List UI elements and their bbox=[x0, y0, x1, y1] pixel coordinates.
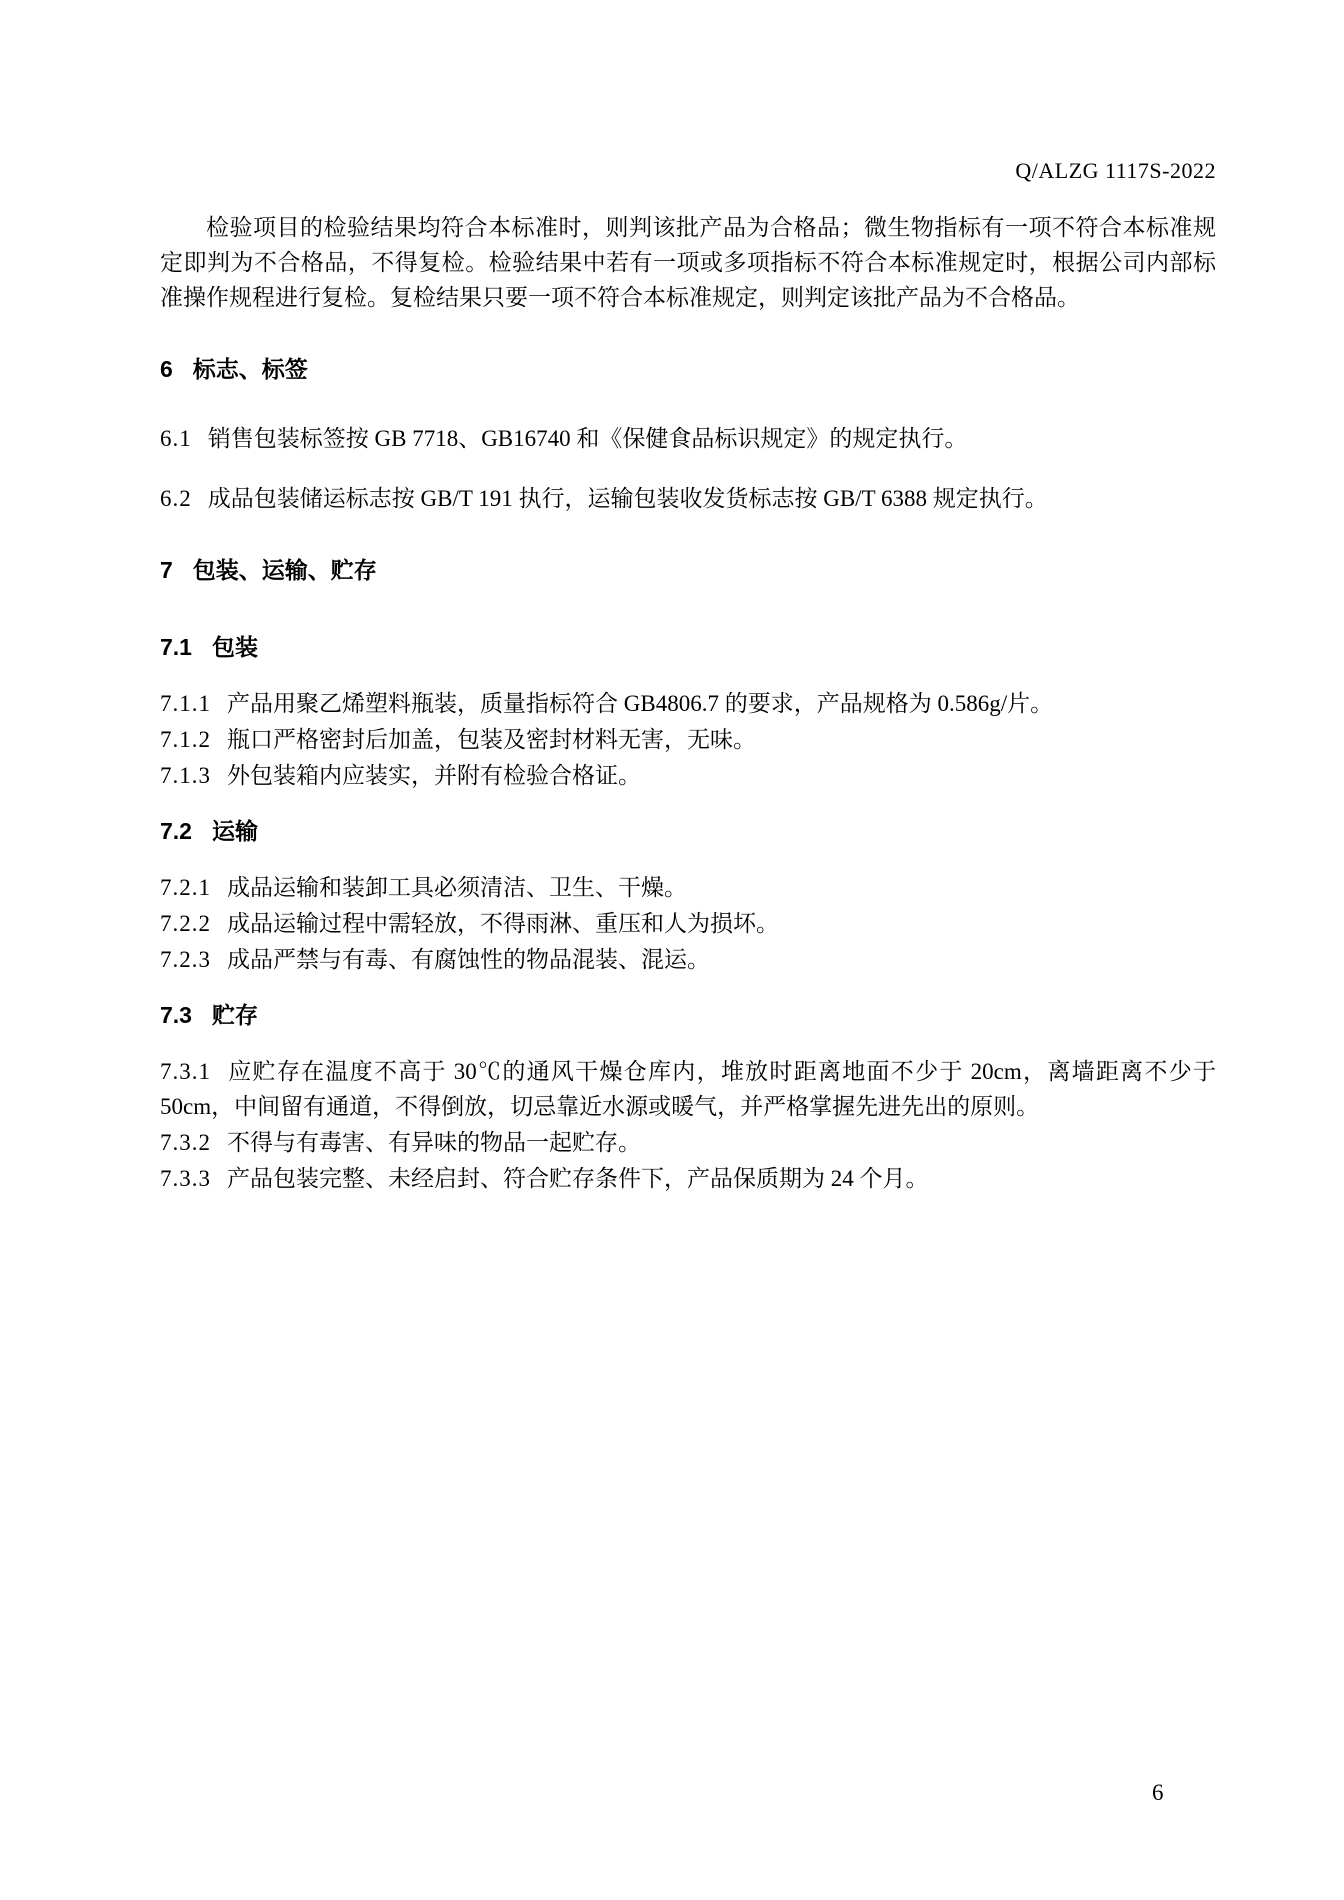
heading-6: 6标志、标签 bbox=[160, 353, 1216, 385]
clause-text: 销售包装标签按 GB 7718、GB16740 和《保健食品标识规定》的规定执行… bbox=[208, 426, 968, 451]
clause-7-1-1: 7.1.1产品用聚乙烯塑料瓶装，质量指标符合 GB4806.7 的要求，产品规格… bbox=[160, 686, 1216, 721]
heading-title: 标志、标签 bbox=[193, 356, 308, 382]
clause-number: 7.3.1 bbox=[160, 1059, 211, 1084]
clause-number: 6.2 bbox=[160, 486, 192, 511]
clause-number: 7.2.3 bbox=[160, 947, 211, 972]
clause-number: 7.1.2 bbox=[160, 727, 211, 752]
heading-number: 7.3 bbox=[160, 1002, 192, 1028]
clause-7-3-2: 7.3.2不得与有毒害、有异味的物品一起贮存。 bbox=[160, 1125, 1216, 1160]
clause-number: 7.2.2 bbox=[160, 911, 211, 936]
heading-number: 7.2 bbox=[160, 818, 192, 844]
clause-number: 7.1.1 bbox=[160, 691, 211, 716]
clause-number: 7.2.1 bbox=[160, 875, 211, 900]
heading-title: 包装、运输、贮存 bbox=[193, 557, 377, 583]
heading-number: 7 bbox=[160, 557, 173, 583]
clause-number: 6.1 bbox=[160, 426, 192, 451]
clause-text: 成品严禁与有毒、有腐蚀性的物品混装、混运。 bbox=[227, 947, 710, 972]
clause-text: 成品包装储运标志按 GB/T 191 执行，运输包装收发货标志按 GB/T 63… bbox=[208, 486, 1048, 511]
heading-number: 6 bbox=[160, 356, 173, 382]
page-number: 6 bbox=[1152, 1779, 1164, 1807]
clause-text: 瓶口严格密封后加盖，包装及密封材料无害，无味。 bbox=[227, 727, 756, 752]
clause-6-2: 6.2成品包装储运标志按 GB/T 191 执行，运输包装收发货标志按 GB/T… bbox=[160, 481, 1216, 516]
heading-title: 贮存 bbox=[212, 1002, 258, 1028]
clause-text: 不得与有毒害、有异味的物品一起贮存。 bbox=[227, 1130, 641, 1155]
clause-number: 7.3.2 bbox=[160, 1130, 211, 1155]
clause-text: 产品用聚乙烯塑料瓶装，质量指标符合 GB4806.7 的要求，产品规格为 0.5… bbox=[227, 691, 1053, 716]
heading-7-2: 7.2运输 bbox=[160, 815, 1216, 847]
clause-number: 7.3.3 bbox=[160, 1166, 211, 1191]
clause-text: 应贮存在温度不高于 30℃的通风干燥仓库内，堆放时距离地面不少于 20cm，离墙… bbox=[160, 1059, 1216, 1119]
standard-number-header: Q/ALZG 1117S-2022 bbox=[160, 158, 1216, 184]
heading-7-1: 7.1包装 bbox=[160, 631, 1216, 663]
clause-7-1-2: 7.1.2瓶口严格密封后加盖，包装及密封材料无害，无味。 bbox=[160, 722, 1216, 757]
clause-number: 7.1.3 bbox=[160, 763, 211, 788]
clause-7-2-2: 7.2.2成品运输过程中需轻放，不得雨淋、重压和人为损坏。 bbox=[160, 906, 1216, 941]
clause-7-2-3: 7.2.3成品严禁与有毒、有腐蚀性的物品混装、混运。 bbox=[160, 942, 1216, 977]
heading-number: 7.1 bbox=[160, 634, 192, 660]
clause-7-2-1: 7.2.1成品运输和装卸工具必须清洁、卫生、干燥。 bbox=[160, 870, 1216, 905]
heading-7-3: 7.3贮存 bbox=[160, 999, 1216, 1031]
document-body: 检验项目的检验结果均符合本标准时，则判该批产品为合格品；微生物指标有一项不符合本… bbox=[160, 210, 1216, 1196]
clause-7-3-3: 7.3.3产品包装完整、未经启封、符合贮存条件下，产品保质期为 24 个月。 bbox=[160, 1161, 1216, 1196]
intro-paragraph: 检验项目的检验结果均符合本标准时，则判该批产品为合格品；微生物指标有一项不符合本… bbox=[160, 210, 1216, 315]
document-page: Q/ALZG 1117S-2022 检验项目的检验结果均符合本标准时，则判该批产… bbox=[0, 0, 1344, 1900]
clause-text: 成品运输过程中需轻放，不得雨淋、重压和人为损坏。 bbox=[227, 911, 779, 936]
clause-text: 产品包装完整、未经启封、符合贮存条件下，产品保质期为 24 个月。 bbox=[227, 1166, 929, 1191]
clause-7-3-1: 7.3.1应贮存在温度不高于 30℃的通风干燥仓库内，堆放时距离地面不少于 20… bbox=[160, 1054, 1216, 1124]
clause-6-1: 6.1销售包装标签按 GB 7718、GB16740 和《保健食品标识规定》的规… bbox=[160, 421, 1216, 456]
heading-title: 运输 bbox=[212, 818, 258, 844]
clause-text: 成品运输和装卸工具必须清洁、卫生、干燥。 bbox=[227, 875, 687, 900]
clause-7-1-3: 7.1.3外包装箱内应装实，并附有检验合格证。 bbox=[160, 758, 1216, 793]
heading-7: 7包装、运输、贮存 bbox=[160, 554, 1216, 586]
heading-title: 包装 bbox=[212, 634, 258, 660]
clause-text: 外包装箱内应装实，并附有检验合格证。 bbox=[227, 763, 641, 788]
